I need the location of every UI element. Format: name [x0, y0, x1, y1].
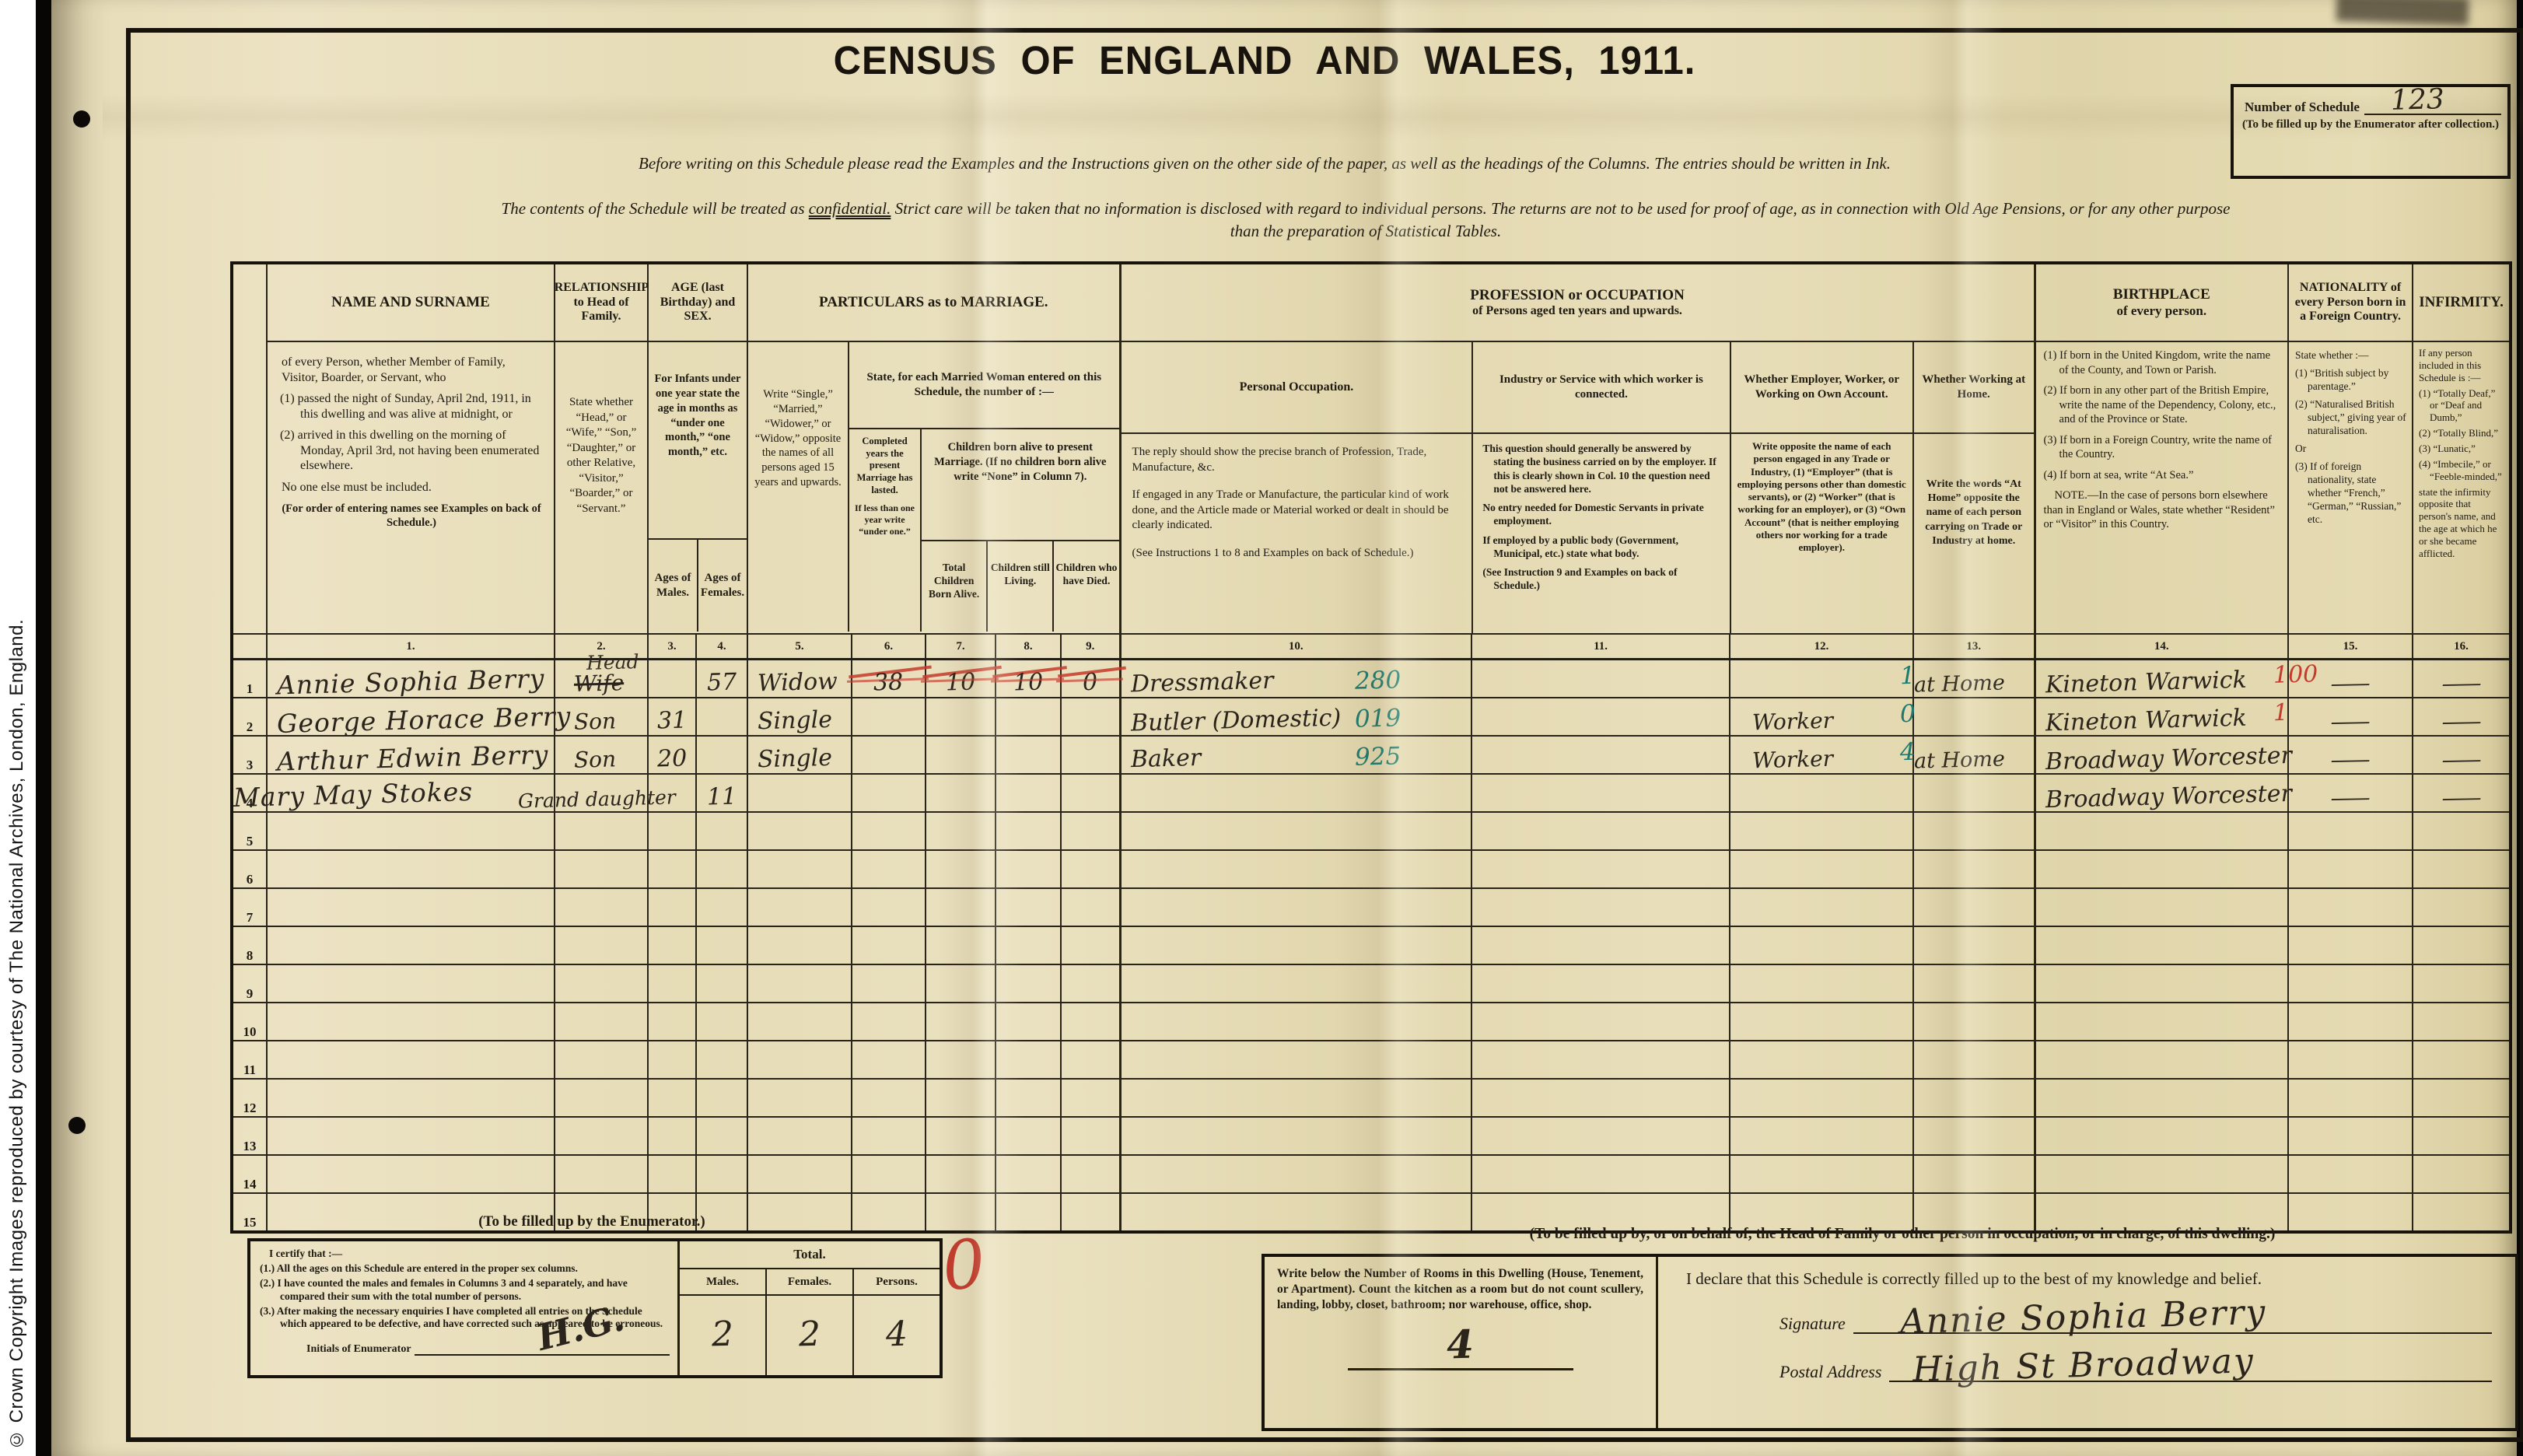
column-marriage-header: PARTICULARS as to MARRIAGE. Write “Singl… — [747, 263, 1120, 634]
cell-nationality — [2288, 1079, 2413, 1117]
cell-relationship — [555, 1079, 648, 1117]
age-title: AGE (last Birthday) and SEX. — [649, 264, 747, 342]
cell-occupation — [1120, 812, 1471, 850]
cell-birthplace — [2035, 1041, 2288, 1079]
cell-age-males — [648, 888, 696, 926]
cell-living — [996, 736, 1061, 774]
cell-birthplace — [2035, 1155, 2288, 1193]
age-instructions: For Infants under one year state the age… — [649, 342, 747, 538]
cell-infirmity — [2413, 1155, 2511, 1193]
cell-birthplace — [2035, 850, 2288, 888]
marriage-status-instructions: Write “Single,” “Married,” “Widower,” or… — [748, 342, 849, 632]
cell-working-at-home — [1913, 774, 2035, 812]
cell-industry — [1471, 964, 1730, 1003]
rooms-instructions: Write below the Number of Rooms in this … — [1265, 1257, 1658, 1428]
cell-occupation: Dressmaker280 — [1120, 660, 1471, 698]
column-number: 13. — [1913, 634, 2035, 660]
nationality-instructions: State whether :— (1) “British subject by… — [2289, 342, 2412, 632]
cell-years — [852, 1003, 926, 1041]
cell-died — [1061, 1079, 1120, 1117]
cell-infirmity — [2413, 1003, 2511, 1041]
cell-living — [996, 1003, 1061, 1041]
census-table: NAME AND SURNAME of every Person, whethe… — [230, 261, 2512, 1234]
cell-employer-worker — [1730, 964, 1913, 1003]
postal-address-line: High St Broadway — [1889, 1354, 2492, 1382]
cell-born — [926, 774, 996, 812]
personal-occupation-label: Personal Occupation. — [1122, 342, 1472, 432]
cell-age-females — [696, 1117, 747, 1155]
cell-relationship — [555, 964, 648, 1003]
cell-relationship — [555, 888, 648, 926]
cell-age-males — [648, 1155, 696, 1193]
cell-died — [1061, 926, 1120, 964]
cell-occupation — [1120, 888, 1471, 926]
cell-row-number: 14 — [232, 1155, 267, 1193]
declaration-box: Write below the Number of Rooms in this … — [1261, 1254, 2518, 1431]
cell-name — [267, 1003, 555, 1041]
cell-born — [926, 964, 996, 1003]
profession-title: PROFESSION or OCCUPATION of Persons aged… — [1122, 264, 2034, 342]
cell-born — [926, 1003, 996, 1041]
cell-employer-worker — [1730, 812, 1913, 850]
column-name-header: NAME AND SURNAME of every Person, whethe… — [267, 263, 555, 634]
cell-working-at-home — [1913, 850, 2035, 888]
enumerator-certification: I certify that :— (1.) All the ages on t… — [250, 1241, 680, 1375]
table-row: 1Annie Sophia BerryWifeHead57Widow381010… — [232, 660, 2511, 698]
cell-age-males — [648, 964, 696, 1003]
census-form-paper: CENSUS OF ENGLAND AND WALES, 1911. Numbe… — [51, 0, 2517, 1456]
cell-nationality — [2288, 926, 2413, 964]
cell-nationality: 1— — [2288, 698, 2413, 736]
employer-worker-label: Whether Employer, Worker, or Working on … — [1730, 342, 1912, 432]
cell-born — [926, 1117, 996, 1155]
infirmity-title: INFIRMITY. — [2413, 264, 2509, 342]
cell-relationship: WifeHead — [555, 660, 648, 698]
cell-age-males — [648, 812, 696, 850]
cell-row-number: 7 — [232, 888, 267, 926]
cell-age-males — [648, 660, 696, 698]
cell-working-at-home — [1913, 1003, 2035, 1041]
signature-line: Annie Sophia Berry — [1853, 1306, 2492, 1334]
females-label: Females. — [765, 1269, 852, 1294]
cell-relationship — [555, 1117, 648, 1155]
cell-infirmity — [2413, 926, 2511, 964]
cell-age-males: 31 — [648, 698, 696, 736]
column-number: 11. — [1471, 634, 1730, 660]
hole-punch — [73, 110, 90, 128]
cell-working-at-home — [1913, 888, 2035, 926]
cell-employer-worker — [1730, 1117, 1913, 1155]
married-woman-instructions: State, for each Married Woman entered on… — [849, 342, 1119, 429]
cell-age-females: 11 — [696, 774, 747, 812]
cell-row-number: 1 — [232, 660, 267, 698]
cell-age-males — [648, 1117, 696, 1155]
cell-died — [1061, 774, 1120, 812]
cell-industry — [1471, 1003, 1730, 1041]
cell-row-number: 2 — [232, 698, 267, 736]
cell-employer-worker — [1730, 850, 1913, 888]
table-row: 13 — [232, 1117, 2511, 1155]
cell-nationality — [2288, 1155, 2413, 1193]
children-died-label: Children who have Died. — [1052, 541, 1118, 632]
cell-industry — [1471, 1041, 1730, 1079]
cell-living — [996, 888, 1061, 926]
declaration-body: I declare that this Schedule is correctl… — [1658, 1257, 2515, 1428]
working-at-home-label: Whether Working at Home. — [1912, 342, 2034, 432]
cell-born — [926, 888, 996, 926]
cell-name — [267, 964, 555, 1003]
cell-infirmity — [2413, 1041, 2511, 1079]
cell-working-at-home — [1913, 964, 2035, 1003]
cell-died — [1061, 698, 1120, 736]
cell-age-males — [648, 1079, 696, 1117]
cell-employer-worker: 1 — [1730, 660, 1913, 698]
cell-died — [1061, 1193, 1120, 1232]
schedule-number-note: (To be filled up by the Enumerator after… — [2234, 115, 2507, 131]
cell-living — [996, 1041, 1061, 1079]
cell-living — [996, 774, 1061, 812]
cell-years — [852, 1117, 926, 1155]
birthplace-title: BIRTHPLACE of every person. — [2036, 264, 2288, 342]
relationship-instructions: State whether “Head,” or “Wife,” “Son,” … — [555, 342, 647, 632]
column-numbers-row: 1. 2. 3. 4. 5. 6. 7. 8. 9. 10. 11. 12. 1… — [232, 634, 2511, 660]
cell-row-number: 12 — [232, 1079, 267, 1117]
hole-punch — [68, 1117, 86, 1134]
cell-occupation: Baker925 — [1120, 736, 1471, 774]
cell-age-females — [696, 736, 747, 774]
marriage-title: PARTICULARS as to MARRIAGE. — [748, 264, 1119, 342]
cell-infirmity — [2413, 888, 2511, 926]
children-living-label: Children still Living. — [986, 541, 1052, 632]
cell-birthplace: Broadway Worcester — [2035, 736, 2288, 774]
rooms-line — [1348, 1368, 1573, 1370]
cell-name: Arthur Edwin Berry — [267, 736, 555, 774]
cell-years — [852, 888, 926, 926]
cell-born — [926, 1155, 996, 1193]
cell-infirmity: — — [2413, 660, 2511, 698]
table-row: 12 — [232, 1079, 2511, 1117]
instruction-2-lastline: than the preparation of Statistical Tabl… — [246, 222, 2486, 241]
cell-infirmity — [2413, 1079, 2511, 1117]
column-infirmity-header: INFIRMITY. If any person included in thi… — [2413, 263, 2511, 634]
column-number: 5. — [747, 634, 852, 660]
cell-died — [1061, 736, 1120, 774]
totals-box: Total. Males. Females. Persons. 2 2 4 — [680, 1241, 940, 1375]
column-number: 14. — [2035, 634, 2288, 660]
page-title: CENSUS OF ENGLAND AND WALES, 1911. — [378, 38, 2151, 84]
cell-relationship — [555, 1003, 648, 1041]
cell-born — [926, 1041, 996, 1079]
relationship-title: RELATIONSHIP to Head of Family. — [555, 264, 647, 342]
occupation-instructions: The reply should show the precise branch… — [1122, 434, 1472, 633]
cell-years — [852, 1079, 926, 1117]
cell-row-number: 3 — [232, 736, 267, 774]
cell-years — [852, 736, 926, 774]
cell-living — [996, 1117, 1061, 1155]
cell-age-females — [696, 698, 747, 736]
table-row: 6 — [232, 850, 2511, 888]
cell-industry — [1471, 1079, 1730, 1117]
cell-occupation — [1120, 1041, 1471, 1079]
table-row: 10 — [232, 1003, 2511, 1041]
column-number: 15. — [2288, 634, 2413, 660]
cell-born — [926, 850, 996, 888]
cell-died — [1061, 1117, 1120, 1155]
cell-occupation — [1120, 1117, 1471, 1155]
column-number: 9. — [1061, 634, 1120, 660]
cell-birthplace: Kineton Warwick — [2035, 660, 2288, 698]
cell-died — [1061, 964, 1120, 1003]
cell-died — [1061, 850, 1120, 888]
cell-birthplace — [2035, 964, 2288, 1003]
cell-years — [852, 1155, 926, 1193]
column-age-header: AGE (last Birthday) and SEX. For Infants… — [648, 263, 747, 634]
cell-name — [267, 926, 555, 964]
cell-working-at-home — [1913, 1079, 2035, 1117]
table-row: 14 — [232, 1155, 2511, 1193]
cell-employer-worker — [1730, 1041, 1913, 1079]
birthplace-instructions: (1) If born in the United Kingdom, write… — [2036, 342, 2288, 632]
column-profession-header: PROFESSION or OCCUPATION of Persons aged… — [1120, 263, 2035, 634]
cell-nationality — [2288, 1003, 2413, 1041]
cell-occupation — [1120, 1079, 1471, 1117]
cell-marriage-status — [747, 774, 852, 812]
cell-age-females — [696, 1003, 747, 1041]
years-married-label: Completed years the present Marriage has… — [849, 429, 922, 632]
cell-industry — [1471, 926, 1730, 964]
census-rows: 1Annie Sophia BerryWifeHead57Widow381010… — [232, 660, 2511, 1233]
cell-marriage-status — [747, 850, 852, 888]
cell-living — [996, 1155, 1061, 1193]
cell-employer-worker — [1730, 774, 1913, 812]
cell-name — [267, 888, 555, 926]
cell-working-at-home: at Home — [1913, 660, 2035, 698]
cell-employer-worker: Worker4 — [1730, 736, 1913, 774]
cell-industry — [1471, 850, 1730, 888]
cell-age-males: 20 — [648, 736, 696, 774]
cell-relationship: Son — [555, 698, 648, 736]
cell-row-number: 9 — [232, 964, 267, 1003]
table-row: 3Arthur Edwin BerrySon20SingleBaker925Wo… — [232, 736, 2511, 774]
cell-name — [267, 1079, 555, 1117]
cell-employer-worker: Worker0 — [1730, 698, 1913, 736]
cell-birthplace — [2035, 926, 2288, 964]
cell-nationality — [2288, 888, 2413, 926]
signature-label: Signature — [1779, 1314, 1846, 1334]
cell-row-number: 5 — [232, 812, 267, 850]
table-row: 9 — [232, 964, 2511, 1003]
cell-row-number: 8 — [232, 926, 267, 964]
schedule-number-box: Number of Schedule 123 (To be filled up … — [2231, 84, 2511, 179]
cell-occupation — [1120, 1155, 1471, 1193]
cell-age-females — [696, 1079, 747, 1117]
cell-born — [926, 698, 996, 736]
cell-name: Annie Sophia Berry — [267, 660, 555, 698]
cell-marriage-status — [747, 964, 852, 1003]
cell-relationship — [555, 926, 648, 964]
cell-died — [1061, 812, 1120, 850]
cell-occupation — [1120, 964, 1471, 1003]
at-home-instructions: Write the words “At Home” opposite the n… — [1912, 434, 2034, 633]
cell-occupation — [1120, 850, 1471, 888]
cell-age-males — [648, 1041, 696, 1079]
total-persons-value: 4 — [885, 1317, 908, 1352]
cell-age-males — [648, 774, 696, 812]
cell-years — [852, 926, 926, 964]
cell-occupation — [1120, 926, 1471, 964]
cell-years: 38 — [852, 660, 926, 698]
cell-age-females — [696, 926, 747, 964]
cell-marriage-status — [747, 1003, 852, 1041]
copyright-text: © Crown Copyright Images reproduced by c… — [6, 0, 28, 1454]
cell-infirmity: — — [2413, 774, 2511, 812]
cell-birthplace — [2035, 1003, 2288, 1041]
cell-working-at-home — [1913, 698, 2035, 736]
total-females-value: 2 — [798, 1317, 821, 1352]
cell-living — [996, 964, 1061, 1003]
cell-working-at-home — [1913, 1155, 2035, 1193]
signature-value: Annie Sophia Berry — [1899, 1296, 2266, 1339]
cell-row-number: 11 — [232, 1041, 267, 1079]
column-number: 1. — [267, 634, 555, 660]
cell-years — [852, 698, 926, 736]
cell-relationship — [555, 812, 648, 850]
cell-nationality: 100— — [2288, 660, 2413, 698]
cell-relationship — [555, 1155, 648, 1193]
cell-industry — [1471, 812, 1730, 850]
cell-marriage-status — [747, 1117, 852, 1155]
cell-marriage-status: Single — [747, 736, 852, 774]
cell-age-females — [696, 888, 747, 926]
cell-birthplace — [2035, 812, 2288, 850]
children-born-alive-label: Children born alive to present Marriage.… — [922, 429, 1119, 541]
column-number: 6. — [852, 634, 926, 660]
scan-smudge — [2336, 0, 2469, 26]
column-number: 8. — [996, 634, 1061, 660]
cell-age-males — [648, 926, 696, 964]
cell-relationship — [555, 850, 648, 888]
cell-age-females — [696, 964, 747, 1003]
declaration-heading: (To be filled up by, or on behalf of, th… — [1296, 1226, 2509, 1243]
name-instructions: of every Person, whether Member of Famil… — [268, 342, 554, 632]
column-number: 4. — [696, 634, 747, 660]
declaration-text: I declare that this Schedule is correctl… — [1686, 1269, 2492, 1289]
cell-nationality — [2288, 1041, 2413, 1079]
cell-nationality: — — [2288, 736, 2413, 774]
cell-years — [852, 964, 926, 1003]
red-zero-mark: 0 — [940, 1230, 989, 1300]
ages-of-males-label: Ages of Males. — [649, 540, 698, 632]
rooms-value: 4 — [1446, 1325, 1474, 1365]
cell-name — [267, 1117, 555, 1155]
enumerator-box: I certify that :— (1.) All the ages on t… — [247, 1238, 943, 1378]
schedule-number-value: 123 — [2391, 86, 2445, 115]
table-row: 8 — [232, 926, 2511, 964]
column-birthplace-header: BIRTHPLACE of every person. (1) If born … — [2035, 263, 2288, 634]
employer-worker-instructions: Write opposite the name of each person e… — [1730, 434, 1912, 633]
cell-living — [996, 1193, 1061, 1232]
males-label: Males. — [680, 1269, 765, 1294]
column-number: 3. — [648, 634, 696, 660]
cell-living — [996, 812, 1061, 850]
total-label: Total. — [680, 1241, 940, 1269]
cell-name — [267, 850, 555, 888]
column-nationality-header: NATIONALITY of every Person born in a Fo… — [2288, 263, 2413, 634]
cell-living — [996, 850, 1061, 888]
cell-industry — [1471, 774, 1730, 812]
infirmity-instructions: If any person included in this Schedule … — [2413, 342, 2509, 632]
cell-age-females — [696, 812, 747, 850]
cell-row-number: 10 — [232, 1003, 267, 1041]
cell-marriage-status — [747, 1079, 852, 1117]
cell-living: 10 — [996, 660, 1061, 698]
cell-row-number: 13 — [232, 1117, 267, 1155]
cell-name — [267, 812, 555, 850]
cell-relationship — [555, 1041, 648, 1079]
cell-born: 10 — [926, 660, 996, 698]
cell-died — [1061, 888, 1120, 926]
cell-relationship: Son — [555, 736, 648, 774]
initials-label: Initials of Enumerator — [306, 1342, 411, 1356]
cell-age-females — [696, 1155, 747, 1193]
cell-occupation: Butler (Domestic)019 — [1120, 698, 1471, 736]
cell-row-number: 6 — [232, 850, 267, 888]
cell-infirmity: — — [2413, 736, 2511, 774]
cell-years — [852, 774, 926, 812]
enumerator-heading: (To be filled up by the Enumerator.) — [246, 1213, 938, 1230]
ages-of-females-label: Ages of Females. — [698, 540, 747, 632]
total-males-value: 2 — [711, 1317, 733, 1352]
cell-marriage-status — [747, 1041, 852, 1079]
persons-label: Persons. — [852, 1269, 940, 1294]
cell-industry — [1471, 888, 1730, 926]
cell-birthplace — [2035, 1079, 2288, 1117]
cell-industry — [1471, 736, 1730, 774]
cell-years — [852, 850, 926, 888]
cell-employer-worker — [1730, 888, 1913, 926]
cell-age-females: 57 — [696, 660, 747, 698]
cell-birthplace: Broadway Worcester — [2035, 774, 2288, 812]
total-children-label: Total Children Born Alive. — [922, 541, 986, 632]
cell-nationality — [2288, 850, 2413, 888]
instruction-line-1: Before writing on this Schedule please r… — [316, 154, 2213, 173]
cell-birthplace — [2035, 1117, 2288, 1155]
cell-marriage-status: Widow — [747, 660, 852, 698]
cell-nationality: — — [2288, 774, 2413, 812]
cell-age-males — [648, 850, 696, 888]
cell-name — [267, 1155, 555, 1193]
nationality-title: NATIONALITY of every Person born in a Fo… — [2289, 264, 2412, 342]
cell-died — [1061, 1041, 1120, 1079]
instruction-2-prefix: The contents of the Schedule will be tre… — [502, 199, 809, 218]
cell-infirmity: — — [2413, 698, 2511, 736]
cell-died — [1061, 1003, 1120, 1041]
industry-instructions: This question should generally be answer… — [1471, 434, 1729, 633]
cell-died: 0 — [1061, 660, 1120, 698]
cell-working-at-home — [1913, 1117, 2035, 1155]
row-number-column-header — [232, 263, 267, 634]
column-number: 10. — [1120, 634, 1471, 660]
cell-marriage-status: Single — [747, 698, 852, 736]
cell-name: George Horace Berry — [267, 698, 555, 736]
cell-employer-worker — [1730, 1079, 1913, 1117]
cell-born — [926, 736, 996, 774]
cell-industry — [1471, 698, 1730, 736]
table-row: 4Mary May StokesGrand daughter11Broadway… — [232, 774, 2511, 812]
table-row: 5 — [232, 812, 2511, 850]
cell-nationality — [2288, 1117, 2413, 1155]
schedule-number-line: 123 — [2364, 95, 2501, 115]
